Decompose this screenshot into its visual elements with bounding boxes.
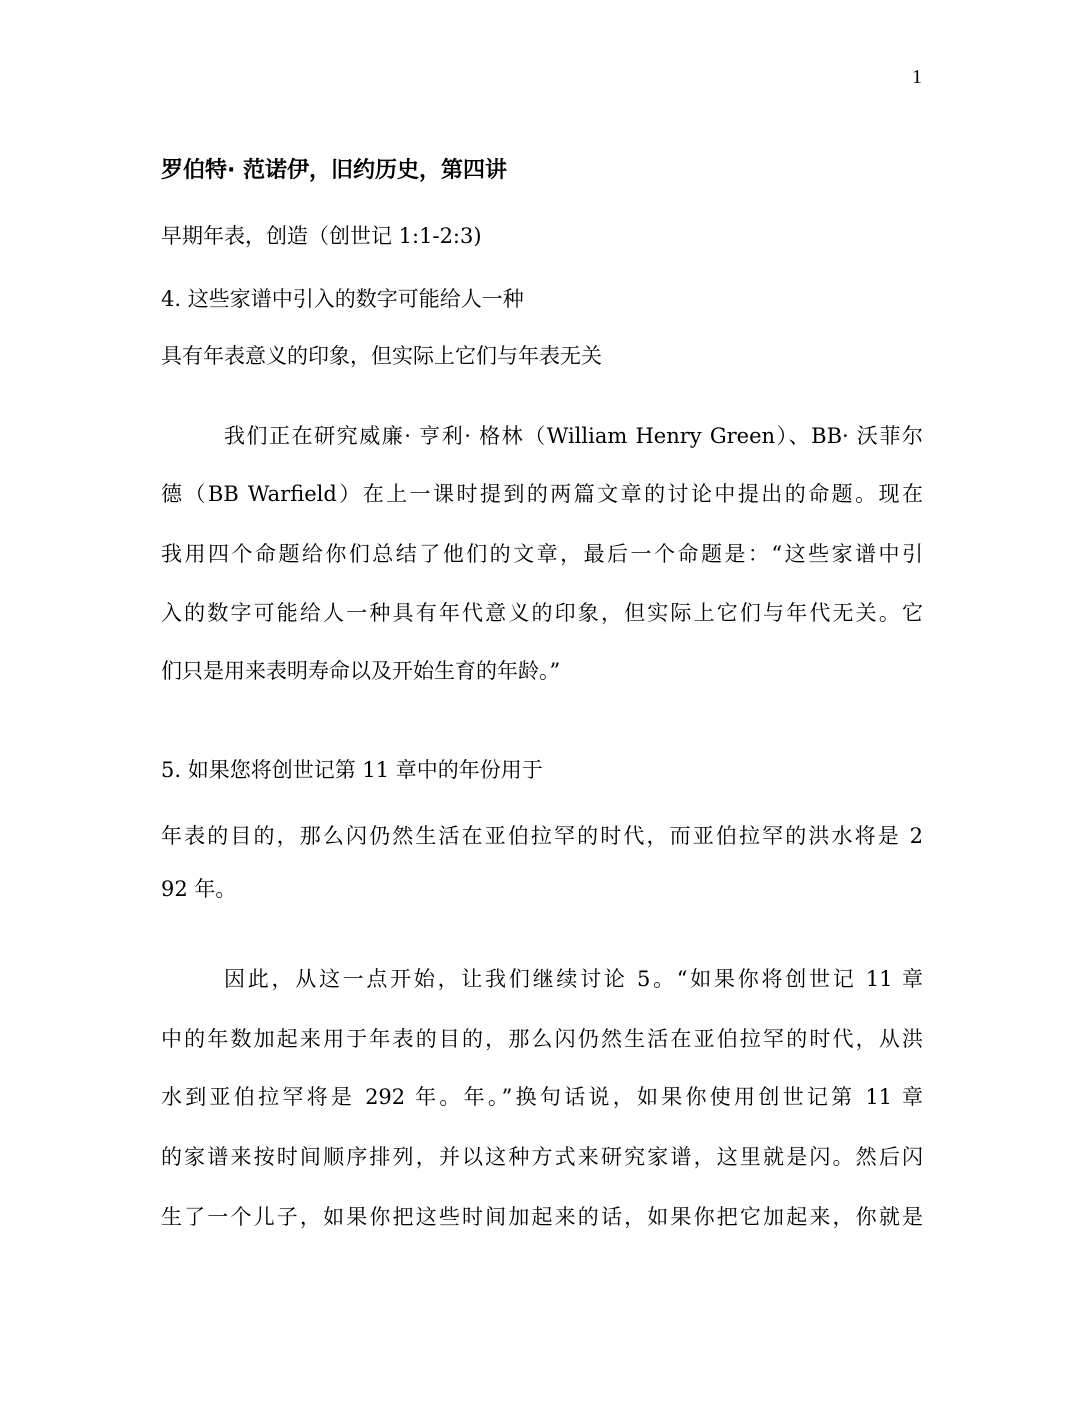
paragraph-1-line: 我用四个命题给你们总结了他们的文章，最后一个命题是：“这些家谱中引 (161, 544, 923, 565)
paragraph-2-line: 因此，从这一点开始，让我们继续讨论 5。“如果你将创世记 11 章 (224, 969, 923, 990)
paragraph-1-line: 入的数字可能给人一种具有年代意义的印象，但实际上它们与年代无关。它 (161, 603, 923, 624)
paragraph-1-line: 德（BB Warfield）在上一课时提到的两篇文章的讨论中提出的命题。现在 (161, 484, 923, 505)
point-5-heading-line-1: 5. 如果您将创世记第 11 章中的年份用于 (161, 760, 543, 781)
point-4-heading-line-1: 4. 这些家谱中引入的数字可能给人一种 (161, 289, 524, 310)
point-4-heading-line-2: 具有年表意义的印象，但实际上它们与年表无关 (161, 346, 602, 367)
page-number: 1 (912, 66, 922, 89)
paragraph-2-line: 中的年数加起来用于年表的目的，那么闪仍然生活在亚伯拉罕的时代，从洪 (161, 1029, 923, 1050)
paragraph-1-line: 们只是用来表明寿命以及开始生育的年龄。” (161, 661, 560, 682)
paragraph-1-line: 我们正在研究威廉· 亨利· 格林（William Henry Green）、BB… (224, 426, 923, 447)
point-5-heading-line-2: 年表的目的，那么闪仍然生活在亚伯拉罕的时代，而亚伯拉罕的洪水将是 2 (161, 826, 923, 847)
paragraph-2-line: 的家谱来按时间顺序排列，并以这种方式来研究家谱，这里就是闪。然后闪 (161, 1147, 923, 1168)
document-subtitle: 早期年表，创造（创世记 1:1-2:3) (161, 226, 482, 247)
paragraph-2-line: 水到亚伯拉罕将是 292 年。年。”换句话说，如果你使用创世记第 11 章 (161, 1087, 923, 1108)
document-title: 罗伯特· 范诺伊，旧约历史，第四讲 (161, 160, 507, 182)
point-5-heading-line-3: 92 年。 (161, 879, 236, 900)
paragraph-2-line: 生了一个儿子，如果你把这些时间加起来的话，如果你把它加起来，你就是 (161, 1207, 923, 1228)
